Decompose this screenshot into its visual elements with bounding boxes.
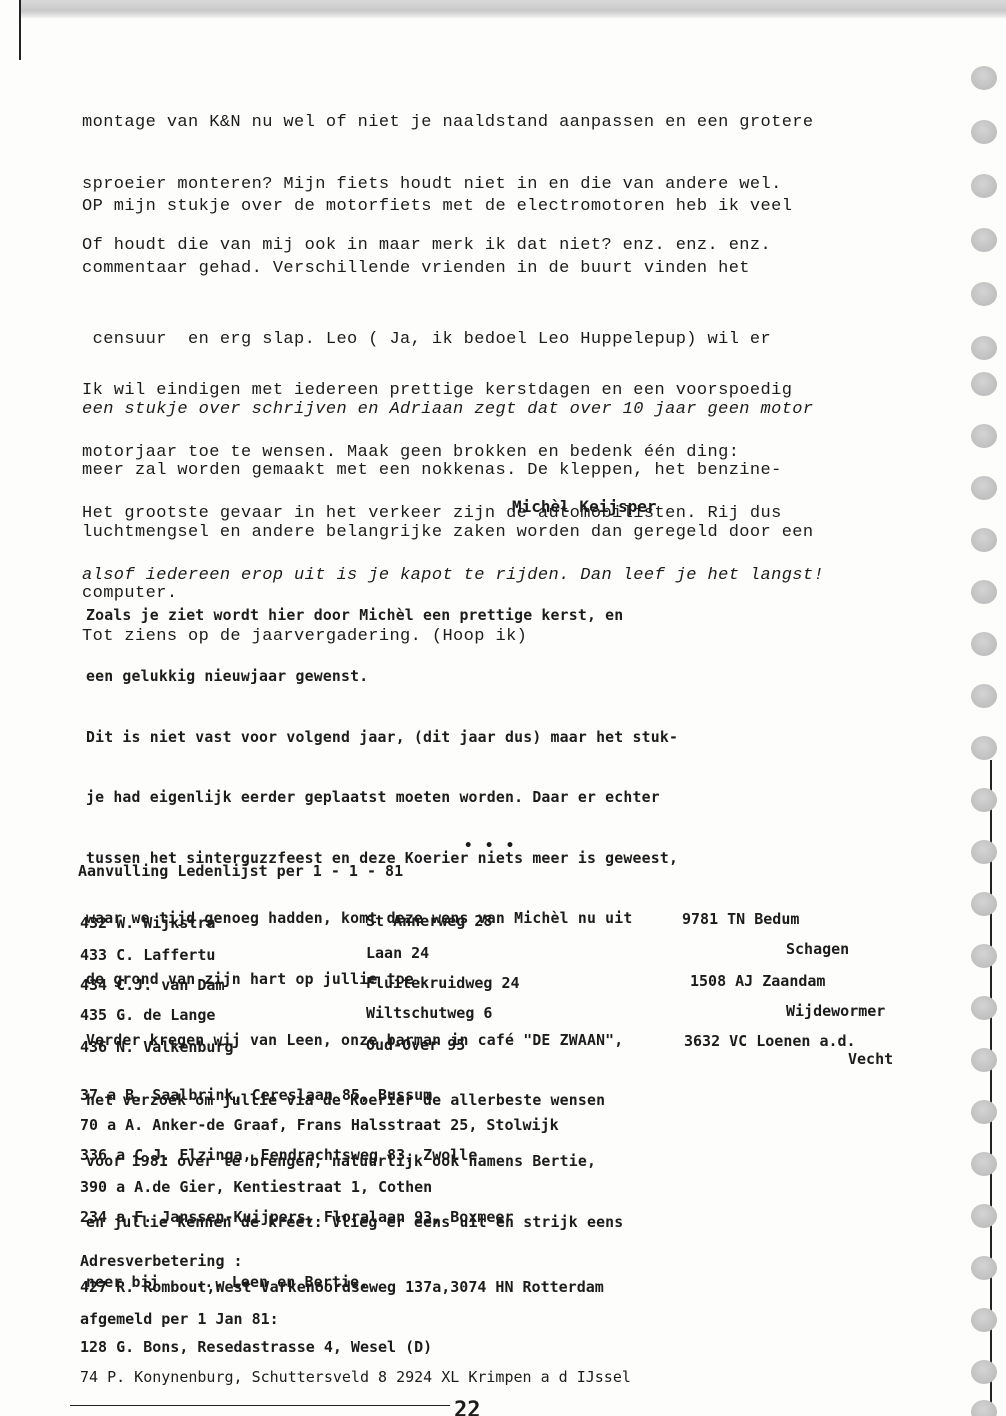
member-street: Wiltschutweg 6 (366, 1004, 492, 1022)
binding-hole (971, 424, 997, 448)
text-line: Dit is niet vast voor volgend jaar, (dit… (86, 728, 678, 748)
list-item: 234 a F. Janssen-Kuijpers, Floralaan 93,… (80, 1208, 513, 1226)
member-city-continued: Vecht (848, 1050, 893, 1068)
text-line: Ik wil eindigen met iedereen prettige ke… (82, 381, 824, 402)
signature: Michèl Keijsper (512, 497, 657, 516)
binding-hole (971, 528, 997, 552)
deregistered-heading: afgemeld per 1 Jan 81: (80, 1310, 279, 1328)
text-line: Het grootste gevaar in het verkeer zijn … (82, 504, 824, 525)
list-item: 336 a C.J. Elzinga, Eendrachtsweg 83, Zw… (80, 1146, 477, 1164)
member-name: 435 G. de Lange (80, 1006, 215, 1024)
binding-hole (971, 120, 997, 144)
binding-hole (971, 228, 997, 252)
binding-hole (971, 1152, 997, 1176)
binding-hole (971, 1360, 997, 1384)
member-city: 9781 TN Bedum (682, 910, 799, 928)
section-separator: • • • (464, 838, 516, 854)
binding-hole (971, 840, 997, 864)
binding-hole (971, 944, 997, 968)
member-street: St Annerweg 28 (366, 912, 492, 930)
text-line: motorjaar toe te wensen. Maak geen brokk… (82, 443, 824, 464)
address-correction: 427 R. Rombout,West Varkenoordseweg 137a… (80, 1278, 604, 1296)
member-street: Laan 24 (366, 944, 429, 962)
binding-hole (971, 788, 997, 812)
binding-hole (971, 1400, 997, 1416)
member-street: Oud-Over 95 (366, 1036, 465, 1054)
address-correction-heading: Adresverbetering : (80, 1252, 243, 1270)
binding-hole (971, 684, 997, 708)
members-heading: Aanvulling Ledenlijst per 1 - 1 - 81 (78, 862, 403, 880)
text-line: een gelukkig nieuwjaar gewenst. (86, 667, 678, 687)
binding-hole (971, 1308, 997, 1332)
member-city: 1508 AJ Zaandam (690, 972, 825, 990)
member-city: 3632 VC Loenen a.d. (684, 1032, 856, 1050)
page-number: 22 (454, 1398, 481, 1416)
binding-hole (971, 372, 997, 396)
member-name: 436 N. Valkenburg (80, 1038, 234, 1056)
binding-hole (971, 174, 997, 198)
page-left-edge (19, 0, 21, 60)
binding-hole (971, 580, 997, 604)
member-name: 432 W. Wijkstra (80, 914, 215, 932)
editorial-note: Zoals je ziet wordt hier door Michèl een… (86, 566, 678, 1314)
list-item: 390 a A.de Gier, Kentiestraat 1, Cothen (80, 1178, 432, 1196)
member-street: Fluitekruidweg 24 (366, 974, 520, 992)
binding-hole (971, 1204, 997, 1228)
binding-hole (971, 1100, 997, 1124)
binding-hole (971, 996, 997, 1020)
member-name: 434 C.J. van Dam (80, 976, 225, 994)
member-city: Schagen (786, 940, 849, 958)
page-top-shadow (20, 0, 1006, 18)
binding-hole (971, 632, 997, 656)
binding-hole (971, 1256, 997, 1280)
binding-hole (971, 282, 997, 306)
list-item: 128 G. Bons, Resedastrasse 4, Wesel (D) (80, 1338, 432, 1356)
text-line: OP mijn stukje over de motorfiets met de… (82, 197, 814, 218)
binding-hole (971, 892, 997, 916)
binding-hole (971, 476, 997, 500)
text-line: Zoals je ziet wordt hier door Michèl een… (86, 606, 678, 626)
text-line: commentaar gehad. Verschillende vrienden… (82, 259, 814, 280)
member-city: Wijdewormer (786, 1002, 885, 1020)
text-line: montage van K&N nu wel of niet je naalds… (82, 113, 814, 134)
footer-rule (70, 1405, 450, 1406)
list-item: 70 a A. Anker-de Graaf, Frans Halsstraat… (80, 1116, 559, 1134)
binding-hole (971, 336, 997, 360)
text-line: je had eigenlijk eerder geplaatst moeten… (86, 788, 678, 808)
list-item: 37 a B. Saalbrink, Cereslaan 85, Bussum (80, 1086, 432, 1104)
binding-hole (971, 66, 997, 90)
member-name: 433 C. Laffertu (80, 946, 215, 964)
binding-hole (971, 1048, 997, 1072)
binding-hole (971, 736, 997, 760)
list-item: 74 P. Konynenburg, Schuttersveld 8 2924 … (80, 1368, 631, 1386)
